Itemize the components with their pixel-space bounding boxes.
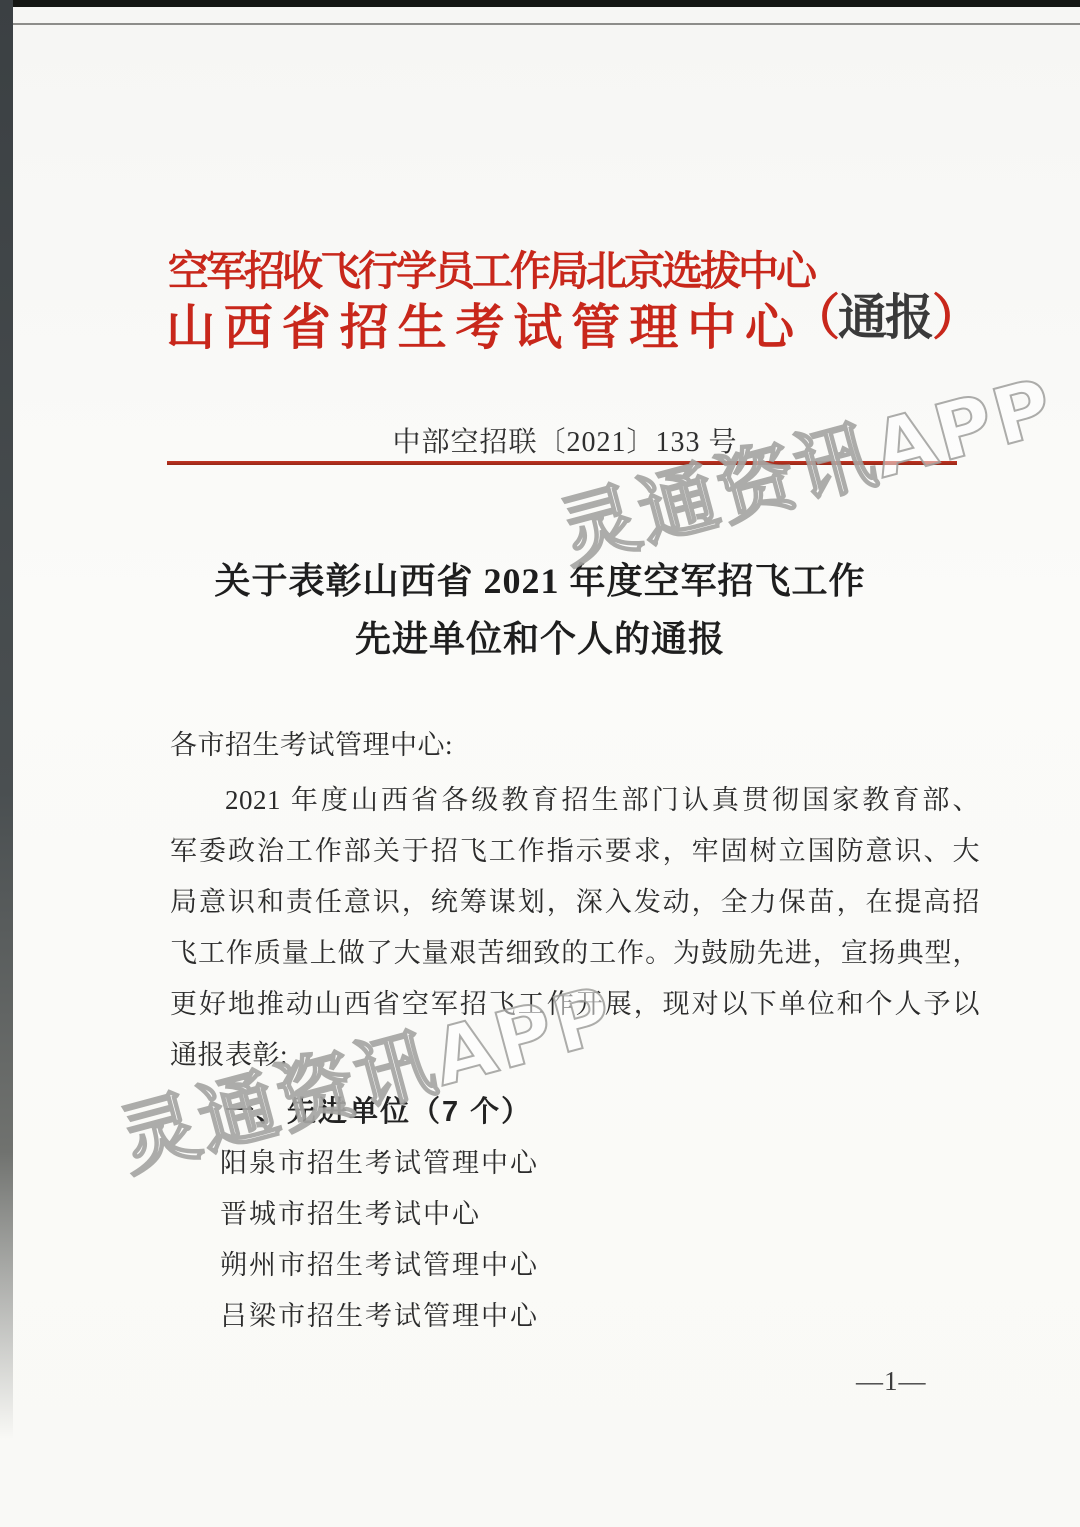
document-title: 关于表彰山西省 2021 年度空军招飞工作 先进单位和个人的通报: [134, 552, 946, 668]
paragraph-line: 2021 年度山西省各级教育招生部门认真贯彻国家教育部、: [170, 775, 980, 826]
title-line-1: 关于表彰山西省 2021 年度空军招飞工作: [134, 552, 946, 610]
paragraph-line: 军委政治工作部关于招飞工作指示要求，牢固树立国防意识、大: [170, 826, 980, 877]
title-line-2: 先进单位和个人的通报: [134, 610, 946, 668]
salutation: 各市招生考试管理中心:: [170, 720, 980, 771]
document-body: 各市招生考试管理中心: 2021 年度山西省各级教育招生部门认真贯彻国家教育部、…: [170, 720, 980, 1342]
scan-edge-line: [13, 23, 1080, 25]
section-heading-advanced-units: 一、先进单位（7 个）: [170, 1087, 980, 1138]
doc-type-tag: （通报）: [791, 279, 979, 349]
page-number: —1—: [856, 1366, 927, 1397]
doc-type-text: 通报: [838, 290, 932, 345]
letterhead-issuer-line-1: 空军招收飞行学员工作局北京选拔中心: [168, 238, 814, 297]
unit-list-item: 吕梁市招生考试管理中心: [170, 1291, 980, 1342]
paragraph-line: 局意识和责任意识，统筹谋划，深入发动，全力保苗，在提高招: [170, 877, 980, 928]
doc-type-paren-open: （: [791, 290, 838, 345]
unit-list-item: 朔州市招生考试管理中心: [170, 1240, 980, 1291]
document-number: 中部空招联〔2021〕133 号: [170, 420, 960, 460]
red-separator-rule: [167, 461, 957, 465]
doc-type-paren-close: ）: [932, 290, 979, 345]
scan-left-edge: [0, 0, 13, 1440]
scan-top-edge: [0, 0, 1080, 7]
paragraph-line: 通报表彰:: [170, 1030, 980, 1081]
scanned-document-page: 空军招收飞行学员工作局北京选拔中心 山西省招生考试管理中心 （通报） 中部空招联…: [0, 0, 1080, 1527]
unit-list-item: 晋城市招生考试中心: [170, 1189, 980, 1240]
letterhead-issuer-line-2: 山西省招生考试管理中心: [166, 301, 794, 355]
paragraph-line: 更好地推动山西省空军招飞工作开展，现对以下单位和个人予以: [170, 979, 980, 1030]
unit-list-item: 阳泉市招生考试管理中心: [170, 1138, 980, 1189]
paragraph-line: 飞工作质量上做了大量艰苦细致的工作。为鼓励先进，宣扬典型，: [170, 928, 980, 979]
